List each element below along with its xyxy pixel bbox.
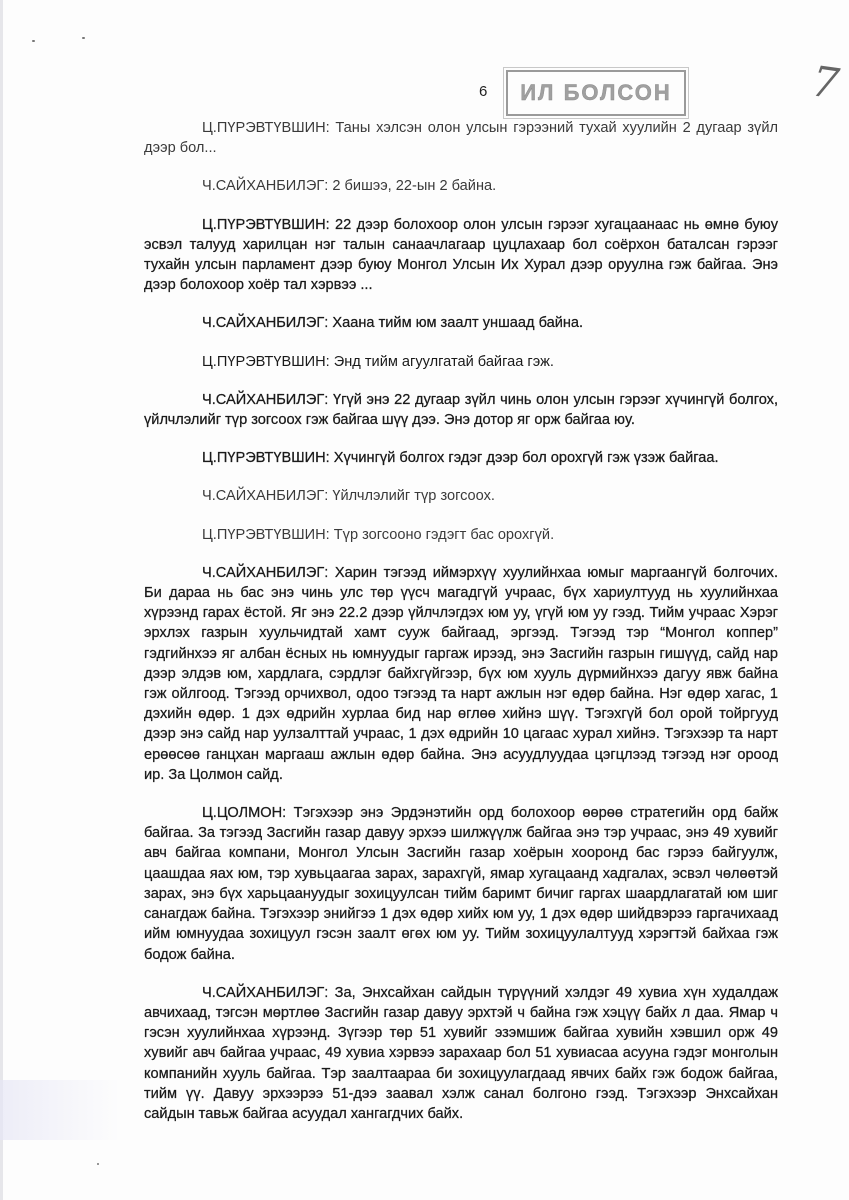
speaker-name: Ц.ПҮРЭВТҮВШИН: — [202, 527, 330, 543]
scan-page-edge — [0, 0, 3, 1200]
scan-discoloration — [0, 1080, 120, 1140]
speaker-name: Ч.САЙХАНБИЛЭГ: — [202, 315, 328, 331]
speech-text: Тэгэхээр энэ Эрдэнэтийн орд болохоор өөр… — [144, 805, 778, 962]
speaker-name: Ц.ЦОЛМОН: — [202, 805, 286, 821]
scan-speck — [97, 1163, 99, 1165]
speaker-name: Ч.САЙХАНБИЛЭГ: — [202, 178, 328, 194]
transcript-paragraph: Ч.САЙХАНБИЛЭГ: 2 бишээ, 22-ын 2 байна. — [144, 176, 778, 196]
stamp-text: ИЛ БОЛСОН — [520, 80, 672, 106]
transcript-paragraph: Ц.ПҮРЭВТҮВШИН: Энд тийм агуулгатай байга… — [144, 352, 778, 372]
speech-text: За, Энхсайхан сайдын түрүүний хэлдэг 49 … — [144, 985, 778, 1122]
speech-text: Түр зогсооно гэдэгт бас орохгүй. — [334, 527, 554, 543]
transcript-paragraph: Ч.САЙХАНБИЛЭГ: Үйлчлэлийг түр зогсоох. — [144, 486, 778, 506]
declassified-stamp: ИЛ БОЛСОН — [506, 70, 686, 116]
speech-text: 2 бишээ, 22-ын 2 байна. — [332, 178, 496, 194]
speaker-name: Ц.ПҮРЭВТҮВШИН: — [202, 217, 330, 233]
speech-text: Хүчингүй болгох гэдэг дээр бол орохгүй г… — [334, 450, 719, 466]
speech-text: Харин тэгээд иймэрхүү хуулийнхаа юмыг ма… — [144, 565, 778, 783]
transcript-paragraph: Ч.САЙХАНБИЛЭГ: Харин тэгээд иймэрхүү хуу… — [144, 563, 778, 785]
transcript-paragraph: Ч.САЙХАНБИЛЭГ: За, Энхсайхан сайдын түрү… — [144, 983, 778, 1124]
scan-speck — [82, 37, 85, 39]
transcript-paragraph: Ц.ПҮРЭВТҮВШИН: Таны хэлсэн олон улсын гэ… — [144, 118, 778, 158]
transcript-paragraph: Ц.ПҮРЭВТҮВШИН: Түр зогсооно гэдэгт бас о… — [144, 525, 778, 545]
speaker-name: Ч.САЙХАНБИЛЭГ: — [202, 392, 328, 408]
speaker-name: Ц.ПҮРЭВТҮВШИН: — [202, 354, 330, 370]
transcript-paragraph: Ц.ЦОЛМОН: Тэгэхээр энэ Эрдэнэтийн орд бо… — [144, 803, 778, 965]
speaker-name: Ч.САЙХАНБИЛЭГ: — [202, 985, 328, 1001]
speech-text: Хаана тийм юм заалт уншаад байна. — [332, 315, 583, 331]
scan-speck — [32, 40, 35, 42]
transcript-paragraph: Ц.ПҮРЭВТҮВШИН: Хүчингүй болгох гэдэг дээ… — [144, 448, 778, 468]
speech-text: Энд тийм агуулгатай байгаа гэж. — [334, 354, 554, 370]
handwritten-page-mark: 7 — [809, 56, 842, 108]
page-number: 6 — [479, 83, 487, 100]
transcript-paragraph: Ц.ПҮРЭВТҮВШИН: 22 дээр болохоор олон улс… — [144, 215, 778, 296]
speaker-name: Ц.ПҮРЭВТҮВШИН: — [202, 120, 330, 136]
speaker-name: Ч.САЙХАНБИЛЭГ: — [202, 488, 328, 504]
transcript-paragraph: Ч.САЙХАНБИЛЭГ: Үгүй энэ 22 дугаар зүйл ч… — [144, 390, 778, 430]
speaker-name: Ц.ПҮРЭВТҮВШИН: — [202, 450, 330, 466]
speaker-name: Ч.САЙХАНБИЛЭГ: — [202, 565, 328, 581]
transcript-paragraph: Ч.САЙХАНБИЛЭГ: Хаана тийм юм заалт уншаа… — [144, 313, 778, 333]
speech-text: Үйлчлэлийг түр зогсоох. — [332, 488, 495, 504]
transcript-body: Ц.ПҮРЭВТҮВШИН: Таны хэлсэн олон улсын гэ… — [144, 118, 778, 1142]
